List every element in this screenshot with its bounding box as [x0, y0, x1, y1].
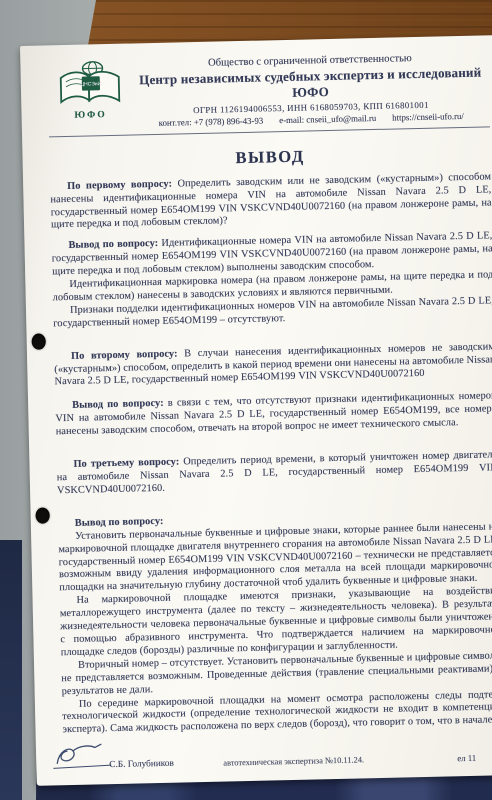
- page-footer: С.Б. Голубников автотехническая эксперти…: [63, 749, 492, 777]
- question-3-text: Определить период времени, в который уни…: [57, 449, 492, 496]
- question-3-lead: По третьему вопросу:: [73, 457, 179, 470]
- document-reference: автотехническая экспертиза №10.11.24.: [223, 755, 364, 767]
- answer-3-paragraph: Установить первоначальные буквенные и ци…: [58, 521, 492, 596]
- letterhead: ЦНСЭиИ ЮФО Общество с ограниченной ответ…: [47, 49, 490, 131]
- contact-phone: конт.тел: +7 (978) 896-43-93: [159, 115, 264, 128]
- answer-3-lead: Вывод по вопросу:: [75, 516, 164, 529]
- answer-3-paragraph: На маркировочной площадке имеются призна…: [59, 586, 492, 661]
- answer-2-lead: Вывод по вопросу:: [72, 398, 164, 411]
- question-2-text: В случаи нанесения идентификационных ном…: [54, 341, 492, 388]
- contact-email: e-mail: cnseii_ufo@mail.ru: [279, 113, 376, 126]
- question-1: По первому вопросу: Определить заводским…: [50, 171, 492, 233]
- contact-website: https://cnseii-ufo.ru/: [392, 111, 464, 124]
- question-2-lead: По второму вопросу:: [71, 348, 178, 361]
- answer-2-paragraph: Вывод по вопросу: в связи с тем, что отс…: [55, 391, 492, 440]
- question-1-lead: По первому вопросу:: [67, 178, 172, 191]
- expert-name: С.Б. Голубников: [109, 759, 174, 770]
- org-logo: ЦНСЭиИ ЮФО: [47, 57, 132, 121]
- folder-spine: [0, 540, 22, 800]
- answer-2-text: в связи с тем, что отсутствуют признаки …: [55, 391, 492, 438]
- signature-icon: [51, 740, 124, 776]
- document-page: ЦНСЭиИ ЮФО Общество с ограниченной ответ…: [20, 35, 492, 786]
- page-number: ел 11: [457, 753, 476, 763]
- document-photo: ЦНСЭиИ ЮФО Общество с ограниченной ответ…: [0, 0, 492, 800]
- answer-1-lead: Вывод по вопросу:: [68, 238, 158, 251]
- question-3: По третьему вопросу: Определить период в…: [56, 449, 492, 498]
- page-title: ВЫВОД: [49, 142, 490, 172]
- logo-region-label: ЮФО: [48, 109, 132, 121]
- logo-abbr: ЦНСЭиИ: [80, 81, 101, 87]
- open-book-globe-icon: ЦНСЭиИ: [56, 60, 123, 105]
- question-2: По второму вопросу: В случаи нанесения и…: [54, 341, 492, 390]
